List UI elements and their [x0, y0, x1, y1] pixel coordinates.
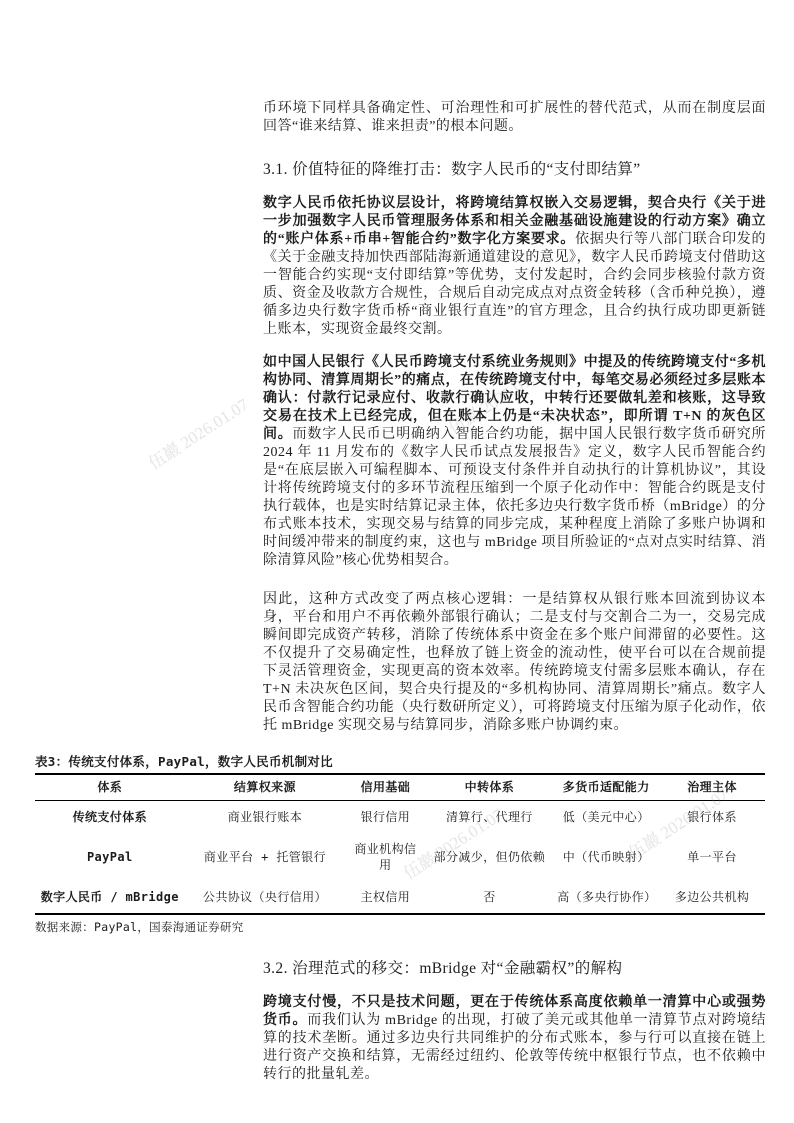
table-cell: 主权信用 [345, 881, 425, 914]
watermark: 伍巖 2026.01.07 [142, 391, 252, 474]
paragraph-3-1-a-rest: 依据央行等八部门联合印发的《关于金融支持加快西部陆海新通道建设的意见》，数字人民… [263, 232, 766, 337]
report-page: 伍巖 2026.01.07 伍巖 2026.01.07 伍巖 2026.01.0… [0, 0, 794, 1123]
paragraph-3-2-a-rest: 而我们认为 mBridge 的出现，打破了美元或其他单一清算节点对跨境结算的技术… [263, 1013, 766, 1082]
table-cell: 部分减少，但仍依赖 [426, 833, 554, 881]
table-cell: 商业平台 + 托管银行 [185, 833, 346, 881]
table-cell: 传统支付体系 [35, 801, 185, 834]
section-3-1-heading: 3.1. 价值特征的降维打击：数字人民币的“支付即结算” [263, 159, 766, 180]
table-cell: 多边公共机构 [659, 881, 765, 914]
table-cell: 高（多央行协作） [553, 881, 659, 914]
section-3-2-heading: 3.2. 治理范式的移交：mBridge 对“金融霸权”的解构 [263, 958, 766, 979]
table-header-settlement-source: 结算权来源 [185, 774, 346, 801]
table-source-note: 数据来源：PayPal，国泰海通证券研究 [35, 919, 765, 935]
intro-paragraph: 币环境下同样具备确定性、可治理性和可扩展性的替代范式，从而在制度层面回答“谁来结… [263, 100, 766, 136]
table-header-system: 体系 [35, 774, 185, 801]
table-header-governance: 治理主体 [659, 774, 765, 801]
table-row-paypal: PayPal 商业平台 + 托管银行 商业机构信用 部分减少，但仍依赖 中（代币… [35, 833, 765, 881]
table-header-credit-basis: 信用基础 [345, 774, 425, 801]
table-cell: 商业机构信用 [345, 833, 425, 881]
paragraph-3-1-c: 因此，这种方式改变了两点核心逻辑：一是结算权从银行账本回流到协议本身，平台和用户… [263, 591, 766, 735]
table-cell: PayPal [35, 833, 185, 881]
table-header-multicurrency: 多货币适配能力 [553, 774, 659, 801]
table-cell: 否 [426, 881, 554, 914]
table-cell: 公共协议（央行信用） [185, 881, 346, 914]
table-title: 表3：传统支付体系，PayPal，数字人民币机制对比 [35, 752, 765, 773]
paragraph-3-1-a: 数字人民币依托协议层设计，将跨境结算权嵌入交易逻辑，契合央行《关于进一步加强数字… [263, 195, 766, 339]
body-column-bottom: 3.2. 治理范式的移交：mBridge 对“金融霸权”的解构 跨境支付慢，不只… [263, 958, 766, 1084]
table-cell: 清算行、代理行 [426, 801, 554, 834]
table-header-intermediary: 中转体系 [426, 774, 554, 801]
table-cell: 银行信用 [345, 801, 425, 834]
table-header-row: 体系 结算权来源 信用基础 中转体系 多货币适配能力 治理主体 [35, 774, 765, 801]
table-cell: 中（代币映射） [553, 833, 659, 881]
table-cell: 银行体系 [659, 801, 765, 834]
table-cell: 商业银行账本 [185, 801, 346, 834]
table-cell: 低（美元中心） [553, 801, 659, 834]
table-cell: 单一平台 [659, 833, 765, 881]
table-row-traditional: 传统支付体系 商业银行账本 银行信用 清算行、代理行 低（美元中心） 银行体系 [35, 801, 765, 834]
paragraph-3-2-a: 跨境支付慢，不只是技术问题，更在于传统体系高度依赖单一清算中心或强势货币。而我们… [263, 994, 766, 1084]
comparison-table-block: 表3：传统支付体系，PayPal，数字人民币机制对比 体系 结算权来源 信用基础… [35, 752, 765, 935]
table-row-ecny-mbridge: 数字人民币 / mBridge 公共协议（央行信用） 主权信用 否 高（多央行协… [35, 881, 765, 914]
table-cell: 数字人民币 / mBridge [35, 881, 185, 914]
paragraph-3-1-b-rest: 而数字人民币已明确纳入智能合约功能，据中国人民银行数字货币研究所 2024 年 … [263, 427, 766, 568]
paragraph-3-1-b: 如中国人民银行《人民币跨境支付系统业务规则》中提及的传统跨境支付“多机构协同、清… [263, 354, 766, 570]
body-column-top: 币环境下同样具备确定性、可治理性和可扩展性的替代范式，从而在制度层面回答“谁来结… [263, 100, 766, 735]
comparison-table: 体系 结算权来源 信用基础 中转体系 多货币适配能力 治理主体 传统支付体系 商… [35, 773, 765, 915]
